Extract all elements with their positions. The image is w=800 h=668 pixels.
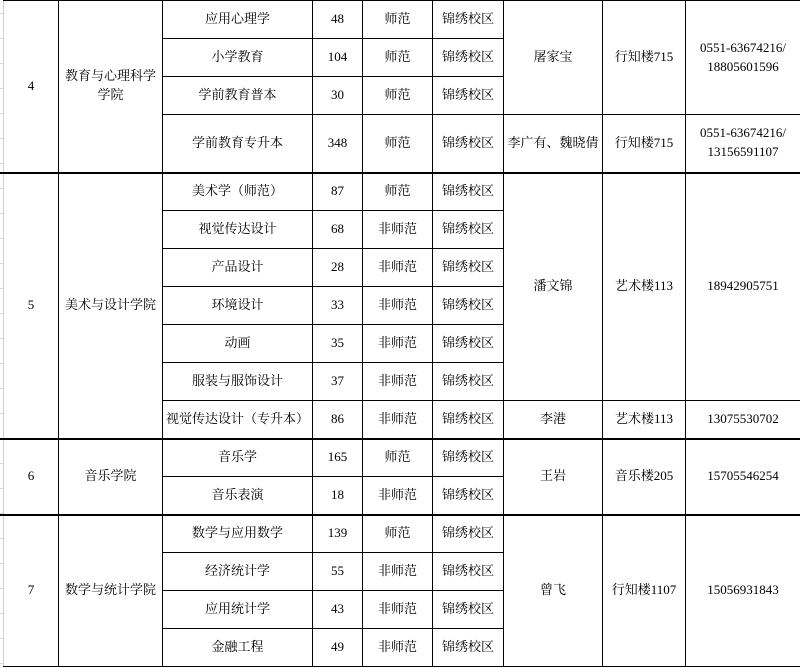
cell-location: 行知楼715 [603,115,686,173]
gridline-tick [0,663,3,664]
gridline-tick [0,563,3,564]
cell-major: 应用统计学 [163,591,313,629]
cell-type: 非师范 [363,629,433,667]
cell-count: 348 [313,115,363,173]
gridline-tick [0,213,3,214]
cell-contact-name: 潘文锦 [504,173,603,401]
cell-location: 艺术楼113 [603,173,686,401]
cell-phone: 0551-63674216/ 18805601596 [686,1,800,115]
gridline-tick [0,388,3,389]
cell-major: 视觉传达设计 [163,211,313,249]
gridline-tick [0,638,3,639]
cell-phone: 18942905751 [686,173,800,401]
cell-location: 音乐楼205 [603,439,686,515]
gridline-tick [0,138,3,139]
cell-campus: 锦绣校区 [433,1,504,39]
cell-location: 行知楼715 [603,1,686,115]
cell-campus: 锦绣校区 [433,591,504,629]
cell-index: 4 [4,1,59,173]
gridline-tick [0,263,3,264]
gridline-tick [0,588,3,589]
cell-count: 28 [313,249,363,287]
cell-phone: 15056931843 [686,515,800,667]
cell-phone: 15705546254 [686,439,800,515]
cell-count: 37 [313,363,363,401]
cell-campus: 锦绣校区 [433,439,504,477]
cell-type: 非师范 [363,477,433,515]
cell-major: 数学与应用数学 [163,515,313,553]
gridline-tick [0,163,3,164]
cell-major: 环境设计 [163,287,313,325]
cell-count: 139 [313,515,363,553]
cell-campus: 锦绣校区 [433,363,504,401]
gridline-tick [0,63,3,64]
cell-type: 非师范 [363,553,433,591]
cell-major: 服装与服饰设计 [163,363,313,401]
cell-count: 55 [313,553,363,591]
cell-count: 68 [313,211,363,249]
gridline-tick [0,38,3,39]
cell-campus: 锦绣校区 [433,211,504,249]
gridline-tick [0,613,3,614]
cell-type: 非师范 [363,325,433,363]
cell-major: 学前教育普本 [163,77,313,115]
cell-phone: 0551-63674216/ 13156591107 [686,115,800,173]
left-gutter [0,0,3,668]
cell-campus: 锦绣校区 [433,553,504,591]
gridline-tick [0,238,3,239]
cell-type: 师范 [363,173,433,211]
cell-contact-name: 曾飞 [504,515,603,667]
cell-college: 教育与心理科学 学院 [59,1,163,173]
cell-major: 音乐学 [163,439,313,477]
cell-contact-name: 李广有、魏晓倩 [504,115,603,173]
spreadsheet-table-view: 4教育与心理科学 学院应用心理学48师范锦绣校区屠家宝行知楼7150551-63… [0,0,800,668]
cell-type: 非师范 [363,249,433,287]
cell-type: 师范 [363,39,433,77]
cell-count: 30 [313,77,363,115]
cell-major: 小学教育 [163,39,313,77]
gridline-tick [0,413,3,414]
enrollment-contact-table: 4教育与心理科学 学院应用心理学48师范锦绣校区屠家宝行知楼7150551-63… [3,0,800,667]
cell-campus: 锦绣校区 [433,287,504,325]
table-row: 7数学与统计学院数学与应用数学139师范锦绣校区曾飞行知楼11071505693… [4,515,800,553]
cell-contact-name: 王岩 [504,439,603,515]
cell-major: 视觉传达设计（专升本） [163,401,313,439]
gridline-tick [0,13,3,14]
gridline-tick [0,338,3,339]
cell-type: 非师范 [363,363,433,401]
cell-major: 应用心理学 [163,1,313,39]
gridline-tick [0,113,3,114]
cell-count: 48 [313,1,363,39]
gridline-tick [0,488,3,489]
gridline-tick [0,172,3,174]
gridline-tick [0,363,3,364]
cell-count: 86 [313,401,363,439]
cell-count: 104 [313,39,363,77]
gridline-tick [0,438,3,440]
cell-college: 数学与统计学院 [59,515,163,667]
cell-campus: 锦绣校区 [433,325,504,363]
cell-count: 33 [313,287,363,325]
cell-type: 非师范 [363,591,433,629]
cell-major: 美术学（师范） [163,173,313,211]
gridline-tick [0,313,3,314]
cell-location: 艺术楼113 [603,401,686,439]
cell-index: 5 [4,173,59,439]
cell-count: 18 [313,477,363,515]
cell-phone: 13075530702 [686,401,800,439]
cell-type: 非师范 [363,211,433,249]
gridline-tick [0,88,3,89]
cell-major: 动画 [163,325,313,363]
cell-contact-name: 屠家宝 [504,1,603,115]
gridline-tick [0,538,3,539]
cell-index: 6 [4,439,59,515]
cell-campus: 锦绣校区 [433,115,504,173]
table-row: 6音乐学院音乐学165师范锦绣校区王岩音乐楼20515705546254 [4,439,800,477]
cell-count: 165 [313,439,363,477]
cell-campus: 锦绣校区 [433,515,504,553]
cell-campus: 锦绣校区 [433,77,504,115]
cell-major: 学前教育专升本 [163,115,313,173]
cell-college: 美术与设计学院 [59,173,163,439]
cell-type: 师范 [363,77,433,115]
cell-campus: 锦绣校区 [433,477,504,515]
cell-major: 金融工程 [163,629,313,667]
cell-major: 经济统计学 [163,553,313,591]
cell-count: 87 [313,173,363,211]
cell-college: 音乐学院 [59,439,163,515]
gridline-tick [0,514,3,516]
cell-count: 43 [313,591,363,629]
cell-campus: 锦绣校区 [433,401,504,439]
table-row: 4教育与心理科学 学院应用心理学48师范锦绣校区屠家宝行知楼7150551-63… [4,1,800,39]
cell-count: 49 [313,629,363,667]
cell-campus: 锦绣校区 [433,249,504,287]
cell-contact-name: 李港 [504,401,603,439]
cell-major: 音乐表演 [163,477,313,515]
gridline-tick [0,188,3,189]
cell-type: 师范 [363,1,433,39]
table-body: 4教育与心理科学 学院应用心理学48师范锦绣校区屠家宝行知楼7150551-63… [4,1,800,667]
cell-major: 产品设计 [163,249,313,287]
cell-type: 师范 [363,115,433,173]
cell-index: 7 [4,515,59,667]
cell-count: 35 [313,325,363,363]
cell-location: 行知楼1107 [603,515,686,667]
cell-type: 非师范 [363,401,433,439]
cell-type: 师范 [363,515,433,553]
cell-type: 非师范 [363,287,433,325]
cell-campus: 锦绣校区 [433,173,504,211]
table-row: 5美术与设计学院美术学（师范）87师范锦绣校区潘文锦艺术楼11318942905… [4,173,800,211]
gridline-tick [0,463,3,464]
cell-campus: 锦绣校区 [433,39,504,77]
gridline-tick [0,288,3,289]
cell-type: 师范 [363,439,433,477]
cell-campus: 锦绣校区 [433,629,504,667]
